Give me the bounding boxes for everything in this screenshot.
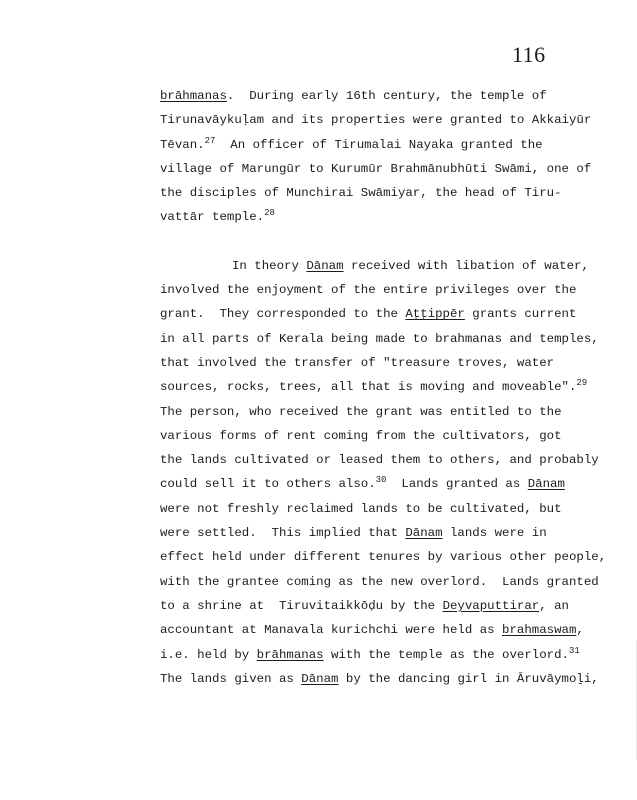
text-span: The lands given as [160,672,301,686]
text-line: could sell it to others also.30 Lands gr… [160,472,620,496]
text-span: the lands cultivated or leased them to o… [160,453,599,467]
text-span: involved the enjoyment of the entire pri… [160,283,576,297]
underlined-term: Deyvaputtirar [443,599,540,613]
text-line: the lands cultivated or leased them to o… [160,448,620,472]
text-span: grant. They corresponded to the [160,307,405,321]
text-span: sources, rocks, trees, all that is movin… [160,380,576,394]
text-line: i.e. held by brāhmanas with the temple a… [160,643,620,667]
text-span: with the grantee coming as the new overl… [160,575,599,589]
underlined-term: Dānam [306,259,343,273]
text-span: received with libation of water, [344,259,589,273]
text-line: Tirunavāykuḷam and its properties were g… [160,108,620,132]
text-span: accountant at Manavala kurichchi were he… [160,623,502,637]
text-line: The person, who received the grant was e… [160,400,620,424]
text-span: were settled. This implied that [160,526,405,540]
text-line: in all parts of Kerala being made to bra… [160,327,620,351]
text-line: were settled. This implied that Dānam la… [160,521,620,545]
text-line: In theory Dānam received with libation o… [160,254,620,278]
text-span: to a shrine at Tiruvitaikkōḍu by the [160,599,443,613]
text-line: with the grantee coming as the new overl… [160,570,620,594]
text-span: The person, who received the grant was e… [160,405,562,419]
text-span: could sell it to others also. [160,477,376,491]
text-span: by the dancing girl in Āruvāymoḻi, [338,672,598,686]
text-span: Tirunavāykuḷam and its properties were g… [160,113,591,127]
footnote-ref: 27 [205,136,216,146]
body-text: brāhmanas. During early 16th century, th… [160,84,620,691]
text-line: effect held under different tenures by v… [160,545,620,569]
text-span: lands were in [443,526,547,540]
underlined-term: Dānam [528,477,565,491]
text-span: in all parts of Kerala being made to bra… [160,332,599,346]
paragraph: In theory Dānam received with libation o… [160,254,620,691]
underlined-term: brahmaswam [502,623,576,637]
text-span: with the temple as the overlord. [324,648,569,662]
text-span: the disciples of Munchirai Swāmiyar, the… [160,186,562,200]
text-span: Lands granted as [386,477,527,491]
text-span: , [576,623,583,637]
text-span: that involved the transfer of "treasure … [160,356,554,370]
footnote-ref: 29 [576,378,587,388]
text-line: brāhmanas. During early 16th century, th… [160,84,620,108]
text-line: accountant at Manavala kurichchi were he… [160,618,620,642]
text-span: various forms of rent coming from the cu… [160,429,562,443]
paragraph: brāhmanas. During early 16th century, th… [160,84,620,230]
paragraph-gap [160,230,620,254]
underlined-term: Dānam [301,672,338,686]
text-line: the disciples of Munchirai Swāmiyar, the… [160,181,620,205]
text-span: , an [539,599,569,613]
text-line: that involved the transfer of "treasure … [160,351,620,375]
text-line: vattār temple.28 [160,205,620,229]
text-span: An officer of Tirumalai Nayaka granted t… [215,138,542,152]
underlined-term: Dānam [405,526,442,540]
text-line: The lands given as Dānam by the dancing … [160,667,620,691]
footnote-ref: 30 [376,475,387,485]
underlined-term: brāhmanas [160,89,227,103]
underlined-term: Aṭṭippēr [405,307,465,321]
text-line: grant. They corresponded to the Aṭṭippēr… [160,302,620,326]
text-line: Tēvan.27 An officer of Tirumalai Nayaka … [160,133,620,157]
text-line: sources, rocks, trees, all that is movin… [160,375,620,399]
text-span: vattār temple. [160,210,264,224]
footnote-ref: 31 [569,646,580,656]
document-page: 116 brāhmanas. During early 16th century… [0,0,637,800]
footnote-ref: 28 [264,208,275,218]
text-line: involved the enjoyment of the entire pri… [160,278,620,302]
text-span: grants current [465,307,577,321]
underlined-term: brāhmanas [257,648,324,662]
text-span: effect held under different tenures by v… [160,550,606,564]
text-span: i.e. held by [160,648,257,662]
page-number: 116 [512,42,546,68]
text-line: village of Marungūr to Kurumūr Brahmānub… [160,157,620,181]
text-line: various forms of rent coming from the cu… [160,424,620,448]
text-span: Tēvan. [160,138,205,152]
text-line: to a shrine at Tiruvitaikkōḍu by the Dey… [160,594,620,618]
text-span: village of Marungūr to Kurumūr Brahmānub… [160,162,591,176]
text-span: . During early 16th century, the temple … [227,89,547,103]
text-span: In theory [232,259,306,273]
text-span: were not freshly reclaimed lands to be c… [160,502,562,516]
text-line: were not freshly reclaimed lands to be c… [160,497,620,521]
